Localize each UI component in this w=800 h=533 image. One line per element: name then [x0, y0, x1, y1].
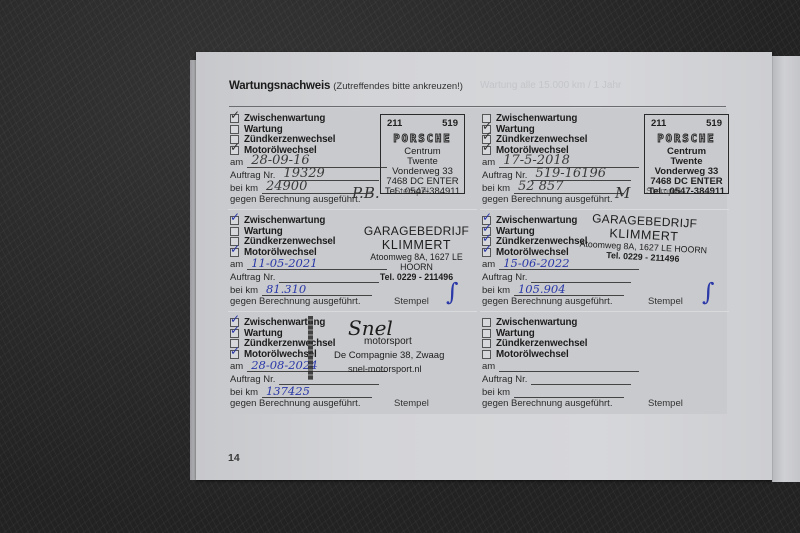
service-option-zwischenwartung[interactable]: ✓Zwischenwartung — [230, 215, 325, 226]
checkmark-icon: ✓ — [230, 243, 240, 255]
service-option-zündkerzenwechsel[interactable]: Zündkerzenwechsel — [230, 134, 335, 145]
field-line[interactable]: 52 857 — [514, 182, 624, 194]
field-label: bei km — [230, 183, 258, 194]
executed-against-charge-label: gegen Berechnung ausgeführt. — [482, 296, 612, 307]
option-label: Zwischenwartung — [496, 113, 577, 124]
option-label: Wartung — [496, 226, 535, 237]
checkbox[interactable]: ✓ — [230, 114, 239, 123]
field-line[interactable] — [514, 386, 624, 398]
field-label: bei km — [482, 183, 510, 194]
porsche-logo: PORSCHE — [649, 133, 724, 145]
km-field[interactable]: bei km52 857 — [482, 182, 624, 194]
field-label: am — [482, 361, 495, 372]
executed-against-charge-label: gegen Berechnung ausgeführt. — [230, 398, 360, 409]
stamp-number-right: 519 — [442, 118, 458, 129]
field-line[interactable]: 105.904 — [514, 284, 624, 296]
stamp-dealer-numbers: 211519 — [381, 115, 464, 129]
booklet-next-page-edge — [772, 56, 800, 482]
service-option-wartung[interactable]: ✓Wartung — [230, 328, 283, 339]
checkbox[interactable]: ✓ — [230, 350, 239, 359]
checkbox[interactable] — [482, 329, 491, 338]
stamp-line: GARAGEBEDRIJF — [356, 224, 477, 238]
km-field[interactable]: bei km — [482, 386, 624, 398]
service-option-zündkerzenwechsel[interactable]: Zündkerzenwechsel — [482, 338, 587, 349]
checkmark-icon: ✓ — [482, 141, 492, 153]
date-field[interactable]: am — [482, 360, 639, 372]
signature-scribble: ∫ — [446, 278, 459, 306]
option-label: Wartung — [244, 226, 283, 237]
km-field[interactable]: bei km137425 — [230, 386, 372, 398]
service-option-zwischenwartung[interactable]: ✓Zwischenwartung — [230, 113, 325, 124]
field-label: bei km — [482, 285, 510, 296]
heading-title: Wartungsnachweis — [229, 80, 330, 92]
stamp-line: snel-motorsport.nl — [348, 364, 422, 374]
field-label: bei km — [230, 285, 258, 296]
field-label: bei km — [482, 387, 510, 398]
stamp-line: KLIMMERT — [356, 238, 477, 252]
field-label: Auftrag Nr. — [482, 374, 527, 385]
field-label: am — [230, 361, 243, 372]
heading-rule — [229, 106, 726, 107]
checkbox[interactable] — [482, 350, 491, 359]
checkbox[interactable]: ✓ — [230, 146, 239, 155]
field-label: am — [230, 259, 243, 270]
checkbox[interactable] — [482, 339, 491, 348]
field-line[interactable]: 137425 — [262, 386, 372, 398]
stamp-line: Tel. 0229 - 211496 — [356, 272, 477, 282]
stamp-number-left: 211 — [387, 118, 402, 129]
field-line[interactable] — [499, 360, 639, 372]
porsche-dealer-stamp: 211519PORSCHECentrumTwenteVonderweg 3374… — [380, 114, 465, 194]
checkbox[interactable]: ✓ — [482, 146, 491, 155]
service-option-motorölwechsel[interactable]: Motorölwechsel — [482, 349, 569, 360]
service-option-zündkerzenwechsel[interactable]: ✓Zündkerzenwechsel — [482, 236, 587, 247]
option-label: Zwischenwartung — [244, 317, 325, 328]
checkmark-icon: ✓ — [230, 211, 240, 223]
option-label: Zündkerzenwechsel — [496, 134, 587, 145]
handwritten-value: 105.904 — [518, 284, 566, 296]
field-line[interactable]: 81.310 — [262, 284, 372, 296]
handwritten-value: 137425 — [266, 386, 310, 398]
option-label: Wartung — [244, 124, 283, 135]
service-record-grid: ✓ZwischenwartungWartungZündkerzenwechsel… — [228, 108, 727, 414]
option-label: Zündkerzenwechsel — [244, 236, 335, 247]
option-label: Wartung — [496, 328, 535, 339]
initials-signature: P.B. — [352, 184, 380, 202]
handwritten-value: 24900 — [266, 180, 307, 193]
checkmark-icon: ✓ — [230, 141, 240, 153]
checkbox[interactable] — [482, 318, 491, 327]
field-label: am — [482, 259, 495, 270]
option-label: Zündkerzenwechsel — [496, 338, 587, 349]
service-option-zündkerzenwechsel[interactable]: Zündkerzenwechsel — [230, 236, 335, 247]
executed-against-charge-label: gegen Berechnung ausgeführt. — [230, 194, 360, 205]
checkmark-icon: ✓ — [230, 109, 240, 121]
checkbox[interactable]: ✓ — [482, 248, 491, 257]
option-label: Zwischenwartung — [496, 317, 577, 328]
checkbox[interactable] — [230, 125, 239, 134]
handwritten-value: 15-06-2022 — [503, 258, 569, 270]
service-option-wartung[interactable]: Wartung — [482, 328, 535, 339]
field-line[interactable] — [531, 373, 631, 385]
stamp-line: Tel.: 0547-384911 — [645, 187, 728, 197]
service-entry: ✓Zwischenwartung✓WartungZündkerzenwechse… — [228, 312, 477, 414]
option-label: Motorölwechsel — [496, 349, 569, 360]
option-label: Wartung — [496, 124, 535, 135]
service-option-wartung[interactable]: Wartung — [230, 226, 283, 237]
service-option-zündkerzenwechsel[interactable]: Zündkerzenwechsel — [230, 338, 335, 349]
option-label: Zwischenwartung — [244, 215, 325, 226]
option-label: Zündkerzenwechsel — [496, 236, 587, 247]
executed-against-charge-label: gegen Berechnung ausgeführt. — [482, 398, 612, 409]
stamp-number-right: 519 — [706, 118, 722, 129]
km-field[interactable]: bei km81.310 — [230, 284, 372, 296]
checkbox[interactable]: ✓ — [230, 216, 239, 225]
service-entry: ✓ZwischenwartungWartungZündkerzenwechsel… — [228, 210, 477, 312]
heading-subtitle: (Zutreffendes bitte ankreuzen!) — [333, 81, 463, 92]
stamp-line: Tel.: 0547-384911 — [381, 187, 464, 197]
service-option-zwischenwartung[interactable]: Zwischenwartung — [482, 113, 577, 124]
checkmark-icon: ✓ — [482, 243, 492, 255]
option-label: Zwischenwartung — [496, 215, 577, 226]
option-label: Zwischenwartung — [244, 113, 325, 124]
stamp-line: Atoomweg 8A, 1627 LE HOORN — [356, 252, 477, 272]
service-option-zwischenwartung[interactable]: Zwischenwartung — [482, 317, 577, 328]
stamp-label: Stempel — [394, 398, 429, 409]
executed-against-charge-label: gegen Berechnung ausgeführt. — [482, 194, 612, 205]
service-entry: ✓Zwischenwartung✓Wartung✓Zündkerzenwechs… — [480, 210, 729, 312]
service-entry: ZwischenwartungWartungZündkerzenwechselM… — [480, 312, 729, 414]
service-option-zwischenwartung[interactable]: ✓Zwischenwartung — [482, 215, 577, 226]
klimmert-dealer-stamp: GARAGEBEDRIJFKLIMMERTAtoomweg 8A, 1627 L… — [356, 224, 477, 282]
field-label: am — [482, 157, 495, 168]
km-field[interactable]: bei km24900 — [230, 182, 372, 194]
field-label: bei km — [230, 387, 258, 398]
porsche-dealer-stamp: 211519PORSCHECentrumTwenteVonderweg 3374… — [644, 114, 729, 194]
checkbox[interactable]: ✓ — [230, 329, 239, 338]
signature-scribble: ∫ — [702, 278, 715, 306]
service-entry: ✓ZwischenwartungWartungZündkerzenwechsel… — [228, 108, 477, 210]
service-option-wartung[interactable]: Wartung — [230, 124, 283, 135]
option-label: Zündkerzenwechsel — [244, 338, 335, 349]
stamp-line: De Compagnie 38, Zwaag — [334, 350, 444, 361]
stamp-label: Stempel — [648, 296, 683, 307]
stamp-dealer-numbers: 211519 — [645, 115, 728, 129]
checkmark-icon: ✓ — [230, 345, 240, 357]
checkbox[interactable] — [230, 227, 239, 236]
stamp-label: Stempel — [394, 296, 429, 307]
stamp-smudge — [308, 316, 313, 380]
option-label: Wartung — [244, 328, 283, 339]
page-number: 14 — [228, 452, 240, 464]
field-label: am — [230, 157, 243, 168]
option-label: Zündkerzenwechsel — [244, 134, 335, 145]
service-entry: Zwischenwartung✓Wartung✓Zündkerzenwechse… — [480, 108, 729, 210]
checkmark-icon: ✓ — [230, 324, 240, 336]
order-number-field[interactable]: Auftrag Nr. — [482, 373, 631, 385]
snel-logo-sub: motorsport — [364, 336, 412, 347]
klimmert-dealer-stamp: GARAGEBEDRIJFKLIMMERTAtoomweg 8A, 1627 L… — [579, 211, 709, 266]
stamp-number-left: 211 — [651, 118, 666, 129]
bleedthrough-text: Wartung alle 15.000 km / 1 Jahr — [480, 80, 621, 91]
stamp-label: Stempel — [648, 398, 683, 409]
page-heading: Wartungsnachweis (Zutreffendes bitte ank… — [229, 80, 463, 92]
initials-signature: M — [615, 184, 630, 202]
km-field[interactable]: bei km105.904 — [482, 284, 624, 296]
checkbox[interactable]: ✓ — [230, 248, 239, 257]
service-option-zündkerzenwechsel[interactable]: ✓Zündkerzenwechsel — [482, 134, 587, 145]
handwritten-value: 81.310 — [266, 284, 306, 296]
handwritten-value: 52 857 — [518, 180, 564, 193]
handwritten-value: 11-05-2021 — [251, 258, 317, 270]
porsche-logo: PORSCHE — [385, 133, 460, 145]
executed-against-charge-label: gegen Berechnung ausgeführt. — [230, 296, 360, 307]
